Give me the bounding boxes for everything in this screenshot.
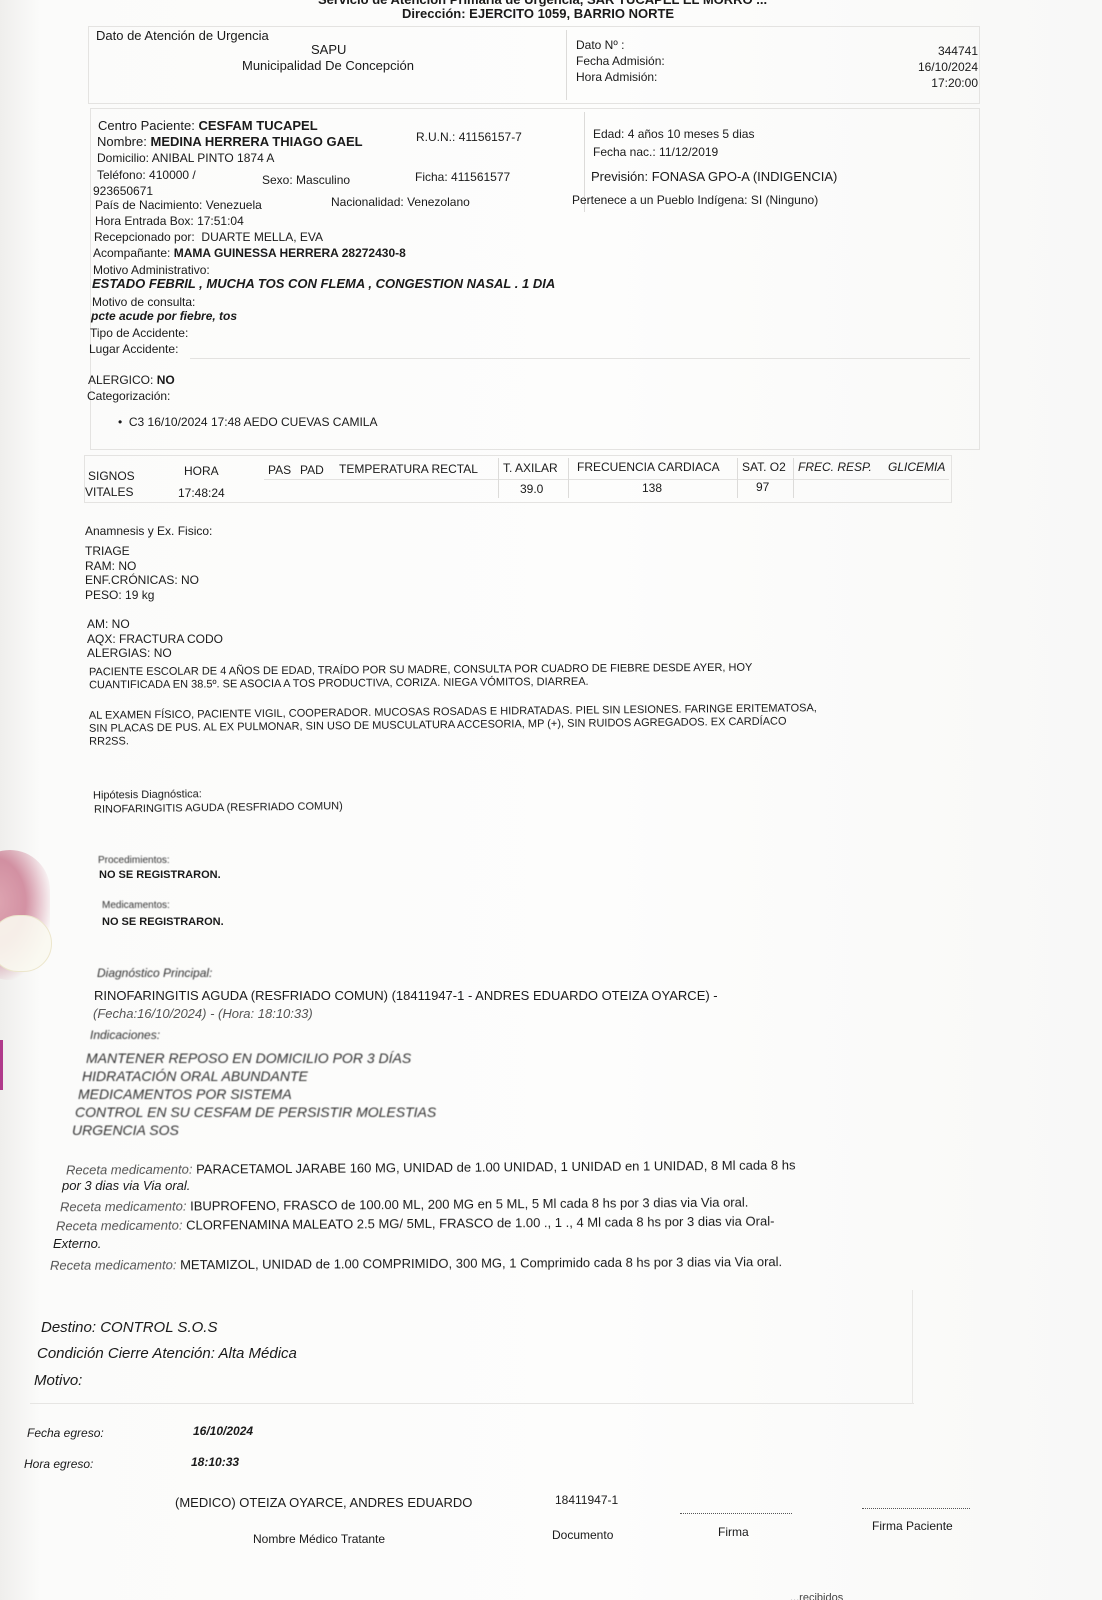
label: Fecha nac.: [593,145,656,159]
value: METAMIZOL, UNIDAD de 1.00 COMPRIMIDO, 30… [180,1254,782,1272]
firma-paciente-label: Firma Paciente [872,1519,953,1533]
ficha: Ficha: 411561577 [415,170,510,184]
value: DUARTE MELLA, EVA [201,230,323,244]
categorizacion-label: Categorización: [87,389,170,403]
indicacion-item: CONTROL EN SU CESFAM DE PERSISTIR MOLEST… [75,1104,436,1120]
dato-no-value: 344741 [938,44,978,58]
motivo-admin-value: ESTADO FEBRIL , MUCHA TOS CON FLEMA , CO… [92,276,555,291]
line: PESO: 19 kg [85,588,199,603]
divider [190,358,970,359]
line: TRIAGE [85,544,199,559]
procedimientos-label: Procedimientos: [98,855,170,866]
value: MEDINA HERRERA THIAGO GAEL [150,134,362,149]
anamnesis-label: Anamnesis y Ex. Fisico: [85,524,212,538]
edad: Edad: 4 años 10 meses 5 dias [593,127,754,141]
label: Nombre: [97,134,147,149]
hora-admision-value: 17:20:00 [931,76,978,90]
indicacion-item: MANTENER REPOSO EN DOMICILIO POR 3 DÍAS [86,1050,411,1066]
val-frec-cardiaca: 138 [642,481,662,495]
value: CESFAM TUCAPEL [198,118,317,133]
anamnesis-list-2: AM: NO AQX: FRACTURA CODO ALERGIAS: NO [87,617,223,661]
label: ALERGICO: [88,373,153,387]
value: Alta Médica [219,1345,297,1362]
medicamentos-label: Medicamentos: [102,900,170,911]
value: CONTROL S.O.S [100,1319,217,1336]
org-name: SAPU [311,42,346,57]
section-label: Dato de Atención de Urgencia [96,28,269,43]
fecha-admision-label: Fecha Admisión: [576,54,665,68]
lugar-accidente-label: Lugar Accidente: [89,342,178,356]
line: RAM: NO [85,559,199,574]
hora-egreso-label: Hora egreso: [24,1457,93,1471]
value: Venezolano [407,195,470,209]
dato-no-label: Dato Nº : [576,38,624,52]
col-t-axilar: T. AXILAR [503,461,558,475]
telefono-cont: 923650671 [93,184,153,198]
col-frec-resp: FREC. RESP. [798,460,872,474]
divider [566,30,567,100]
categorizacion-item: • C3 16/10/2024 17:48 AEDO CUEVAS CAMILA [118,415,377,429]
centro-paciente: Centro Paciente: CESFAM TUCAPEL [98,118,318,133]
alergico: ALERGICO: NO [88,373,175,387]
val-t-axilar: 39.0 [520,482,543,496]
col-frec-cardiaca: FRECUENCIA CARDIACA [577,460,720,474]
motivo-label: Motivo: [34,1372,82,1389]
anamnesis-list-1: TRIAGE RAM: NO ENF.CRÓNICAS: NO PESO: 19… [85,544,199,602]
hipotesis-label: Hipótesis Diagnóstica: [93,788,202,802]
value: 41156157-7 [459,130,522,144]
fecha-egreso-label: Fecha egreso: [27,1426,104,1440]
col-temp-rectal: TEMPERATURA RECTAL [339,462,478,476]
divider [568,458,569,498]
hora-entrada-box: Hora Entrada Box: 17:51:04 [95,214,244,228]
diagnostico-principal-text: RINOFARINGITIS AGUDA (RESFRIADO COMUN) (… [94,988,718,1003]
municipality: Municipalidad De Concepción [242,58,414,73]
value: 17:51:04 [197,214,244,228]
label: Hora Entrada Box: [95,214,194,228]
value: ANIBAL PINTO 1874 A [152,151,275,165]
divider [737,458,738,498]
diagnostico-principal-label: Diagnóstico Principal: [97,966,212,980]
hora-egreso-value: 18:10:33 [191,1455,239,1469]
destino: Destino: CONTROL S.O.S [41,1319,217,1336]
value: FONASA GPO-A (INDIGENCIA) [652,169,838,184]
value: C3 16/10/2024 17:48 AEDO CUEVAS CAMILA [129,415,378,429]
value: 410000 / [149,168,196,182]
indicacion-item: HIDRATACIÓN ORAL ABUNDANTE [82,1068,308,1084]
indicacion-item: URGENCIA SOS [72,1122,179,1138]
documento-label: Documento [552,1528,613,1542]
domicilio: Domicilio: ANIBAL PINTO 1874 A [97,151,274,165]
firma-line [680,1513,792,1514]
label: Acompañante: [93,246,170,260]
medico-tratante-label: Nombre Médico Tratante [253,1532,385,1546]
motivo-admin-label: Motivo Administrativo: [93,263,210,277]
label: Edad: [593,127,624,141]
fecha-egreso-value: 16/10/2024 [193,1424,253,1438]
divider [498,458,499,498]
value: NO [157,373,175,387]
documento-value: 18411947-1 [555,1493,618,1507]
anamnesis-paragraph-1: PACIENTE ESCOLAR DE 4 AÑOS DE EDAD, TRAÍ… [89,662,753,693]
label: Receta medicamento: [60,1199,187,1215]
tipo-accidente-label: Tipo de Accidente: [90,326,188,340]
value: MAMA GUINESSA HERRERA 28272430-8 [174,246,406,260]
divider [264,479,949,480]
vitals-label-1: SIGNOS [88,469,135,483]
line: ENF.CRÓNICAS: NO [85,573,199,588]
val-sat-o2: 97 [756,480,769,494]
label: Receta medicamento: [56,1218,183,1234]
label: Receta medicamento: [50,1257,177,1273]
indicacion-item: MEDICAMENTOS POR SISTEMA [78,1086,292,1102]
col-hora: HORA [184,464,219,478]
label: Destino: [41,1319,96,1336]
motivo-consulta-label: Motivo de consulta: [92,295,195,309]
pais-nacimiento: País de Nacimiento: Venezuela [95,198,262,212]
medicamentos-value: NO SE REGISTRARON. [102,916,224,928]
label: Centro Paciente: [98,118,195,133]
value: Masculino [296,173,350,187]
divider [912,1290,913,1404]
acompanante: Acompañante: MAMA GUINESSA HERRERA 28272… [93,246,406,260]
label: Recepcionado por: [94,230,195,244]
fecha-admision-value: 16/10/2024 [918,60,978,74]
label: Domicilio: [97,151,149,165]
motivo-consulta-value: pcte acude por fiebre, tos [91,309,237,323]
line: AQX: FRACTURA CODO [87,632,223,647]
recepcionado-por: Recepcionado por: DUARTE MELLA, EVA [94,230,323,244]
label: Previsión: [591,169,648,184]
condicion-cierre: Condición Cierre Atención: Alta Médica [37,1345,297,1362]
value: SI (Ninguno) [751,193,818,207]
sexo: Sexo: Masculino [262,173,350,187]
receta-item-cont: Externo. [53,1236,101,1251]
label: Pertenece a un Pueblo Indígena: [572,193,747,207]
value: Venezuela [206,198,262,212]
label: Teléfono: [97,168,146,182]
vitals-label-2: VITALES [85,485,133,499]
label: País de Nacimiento: [95,198,202,212]
procedimientos-value: NO SE REGISTRARON. [99,869,221,881]
value: 411561577 [451,170,510,184]
firma-paciente-line [862,1508,970,1509]
label: Nacionalidad: [331,195,404,209]
medico-tratante-value: (MEDICO) OTEIZA OYARCE, ANDRES EDUARDO [175,1495,472,1510]
footer-partial: ...recibidos [790,1592,843,1600]
label: Receta medicamento: [66,1162,193,1178]
nacionalidad: Nacionalidad: Venezolano [331,195,470,209]
col-pad: PAD [300,463,324,477]
prevision: Previsión: FONASA GPO-A (INDIGENCIA) [591,169,837,184]
fecha-nac: Fecha nac.: 11/12/2019 [593,145,718,159]
run: R.U.N.: 41156157-7 [416,130,522,144]
col-glicemia: GLICEMIA [888,460,945,474]
val-hora: 17:48:24 [178,486,225,500]
pueblo-indigena: Pertenece a un Pueblo Indígena: SI (Ning… [572,193,818,207]
line: AM: NO [87,617,223,632]
receta-item-cont: por 3 dias via Via oral. [62,1178,190,1193]
diagnostico-principal-date: (Fecha:16/10/2024) - (Hora: 18:10:33) [93,1006,313,1021]
divider [793,458,794,498]
nombre: Nombre: MEDINA HERRERA THIAGO GAEL [97,134,363,149]
firma-label: Firma [718,1525,749,1539]
label: R.U.N.: [416,130,455,144]
edge-mark [0,1040,3,1090]
col-pas: PAS [268,463,291,477]
indicaciones-label: Indicaciones: [90,1028,160,1042]
line: ALERGIAS: NO [87,646,223,661]
col-sat-o2: SAT. O2 [742,460,786,474]
anamnesis-paragraph-2: AL EXAMEN FÍSICO, PACIENTE VIGIL, COOPER… [89,702,817,749]
value: 4 años 10 meses 5 dias [628,127,755,141]
hora-admision-label: Hora Admisión: [576,70,657,84]
label: Sexo: [262,173,293,187]
label: Ficha: [415,170,448,184]
address: Dirección: EJERCITO 1059, BARRIO NORTE [402,6,674,21]
label: Condición Cierre Atención: [37,1345,215,1362]
value: 11/12/2019 [659,145,718,159]
divider [30,1403,914,1404]
telefono: Teléfono: 410000 / [97,168,196,182]
